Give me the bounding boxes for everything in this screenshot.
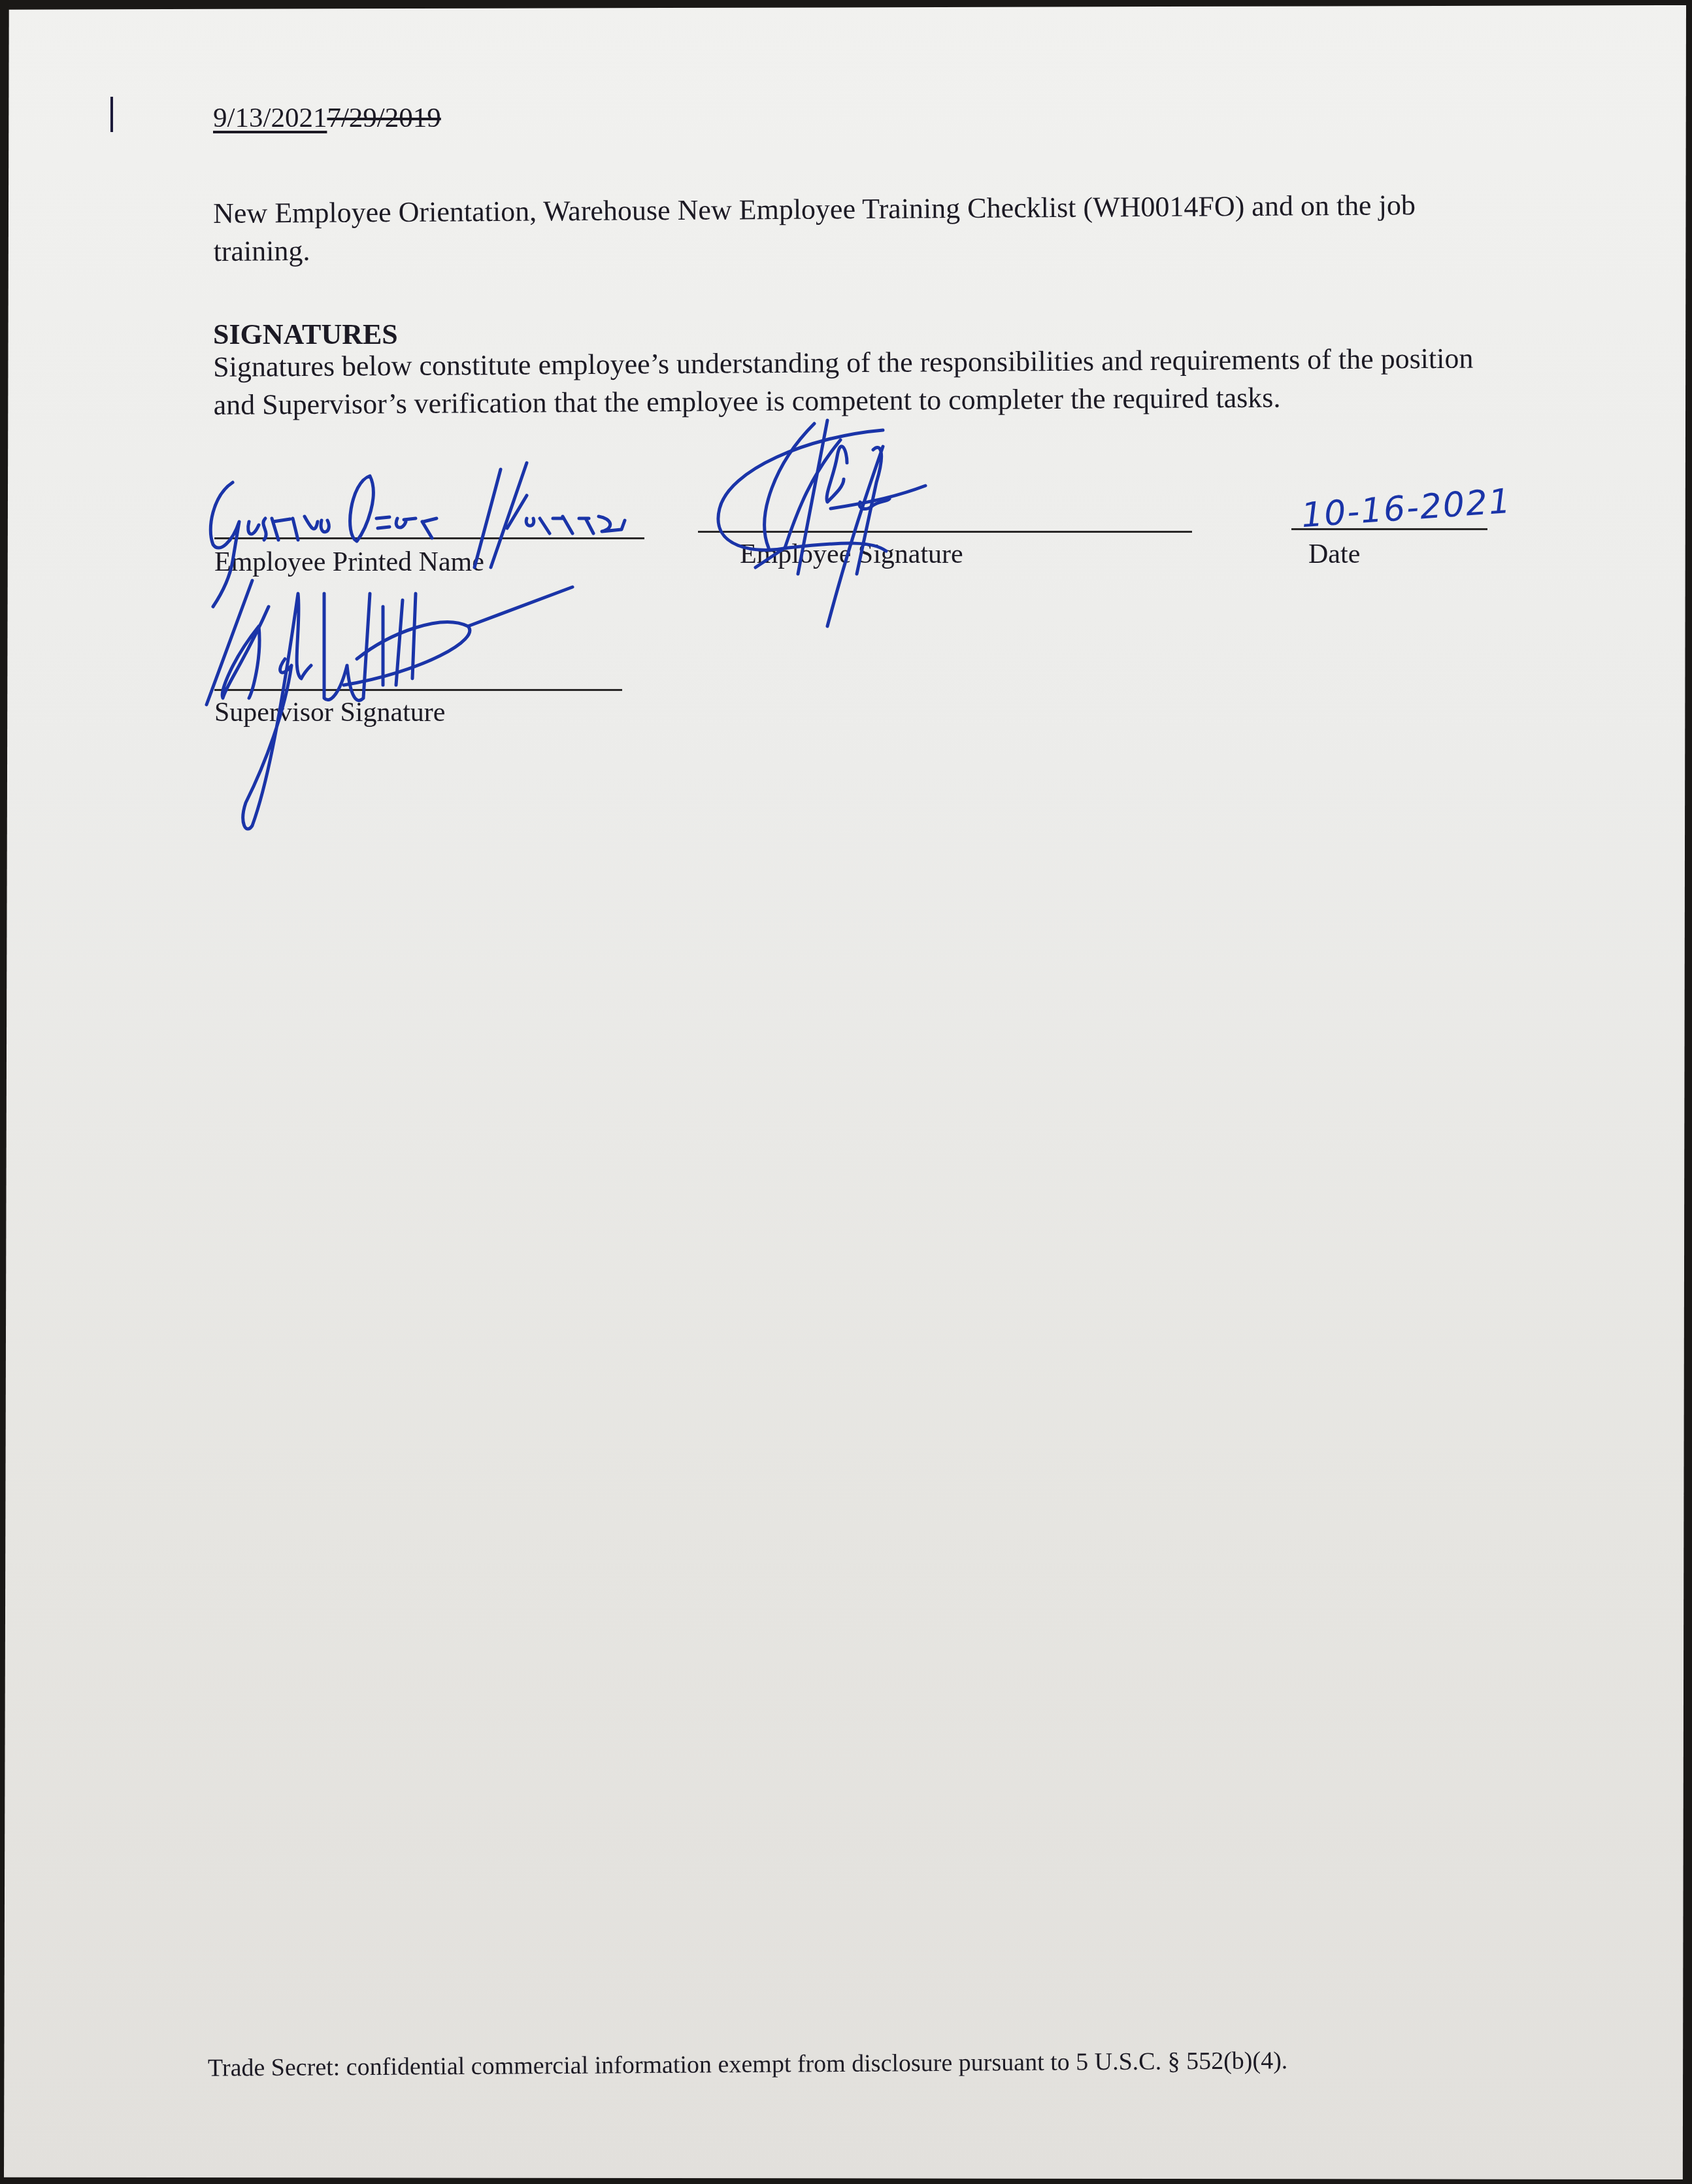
date-value: 10-16-2021 — [1300, 482, 1513, 535]
employee-signature-ink — [677, 411, 1135, 646]
revision-date-new: 9/13/2021 — [213, 103, 327, 133]
supervisor-signature-label: Supervisor Signature — [214, 697, 445, 728]
employee-signature-label: Employee Signature — [740, 539, 963, 570]
revision-date-old: 7/29/2019 — [327, 103, 440, 133]
supervisor-signature-line[interactable] — [214, 689, 622, 691]
date-label: Date — [1308, 539, 1360, 570]
employee-printed-name-label: Employee Printed Name — [214, 546, 484, 578]
revision-date: 9/13/20217/29/2019 — [213, 102, 441, 134]
date-line[interactable] — [1291, 528, 1487, 530]
employee-signature-line[interactable] — [698, 531, 1192, 533]
signatures-paragraph: Signatures below constitute employee’s u… — [213, 339, 1514, 424]
revision-margin-bar — [110, 97, 113, 132]
employee-printed-name-handwriting: Gustavo Perea Martinez — [193, 456, 664, 626]
signatures-heading: SIGNATURES — [213, 318, 398, 351]
employee-printed-name-line[interactable] — [214, 537, 644, 539]
paper-page: 9/13/20217/29/2019 New Employee Orientat… — [4, 5, 1686, 2179]
trade-secret-footer: Trade Secret: confidential commercial in… — [208, 2046, 1288, 2083]
intro-paragraph: New Employee Orientation, Warehouse New … — [213, 186, 1514, 271]
